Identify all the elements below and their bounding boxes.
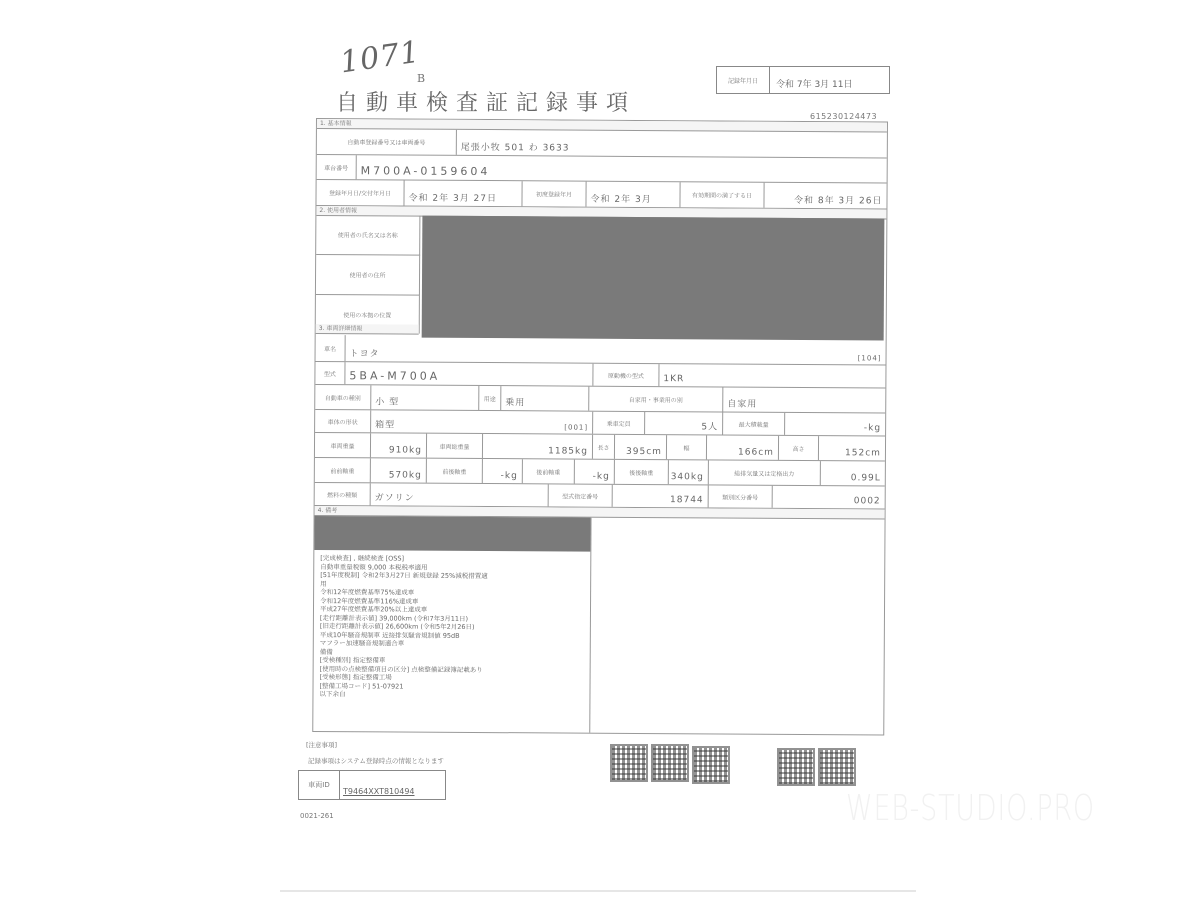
form-mark: B — [417, 72, 425, 85]
chassis-value: M700A-0159604 — [357, 155, 887, 182]
maker-row: 車名 トヨタ [104] — [316, 335, 886, 365]
watermark-text: WEB-STUDIO.PRO — [846, 788, 1095, 829]
axle-row: 前前軸重 570kg 前後軸重 -kg 後前軸重 -kg 後後軸重 340kg … — [315, 458, 885, 486]
capacity-label: 乗車定員 — [593, 412, 645, 434]
fuel-value: ガソリン — [371, 483, 549, 506]
section-vehicle-heading: 3. 車両詳細情報 — [316, 324, 419, 335]
body-shape-code: [001] — [525, 411, 593, 433]
bottom-divider — [280, 890, 916, 892]
qr-code-icon — [651, 744, 689, 782]
maker-value: トヨタ — [346, 335, 826, 364]
qr-code-icon — [777, 748, 815, 786]
vehicle-type-value: 小 型 — [371, 385, 479, 410]
ff-axle-value: 570kg — [371, 458, 427, 482]
document-number: 615230124473 — [810, 112, 877, 121]
weight-row: 車両重量 910kg 車両総重量 1185kg 長さ 395cm 幅 166cm… — [315, 433, 885, 461]
vehicle-id-label: 車両ID — [299, 771, 340, 799]
user-info-block: 使用者の氏名又は名称 使用者の住所 使用の本拠の位置 — [316, 215, 887, 337]
first-reg-value: 令和 2年 3月 27日 — [404, 181, 522, 207]
caution-heading: [注意事項] — [306, 740, 337, 749]
fuel-label: 燃料の種類 — [315, 483, 371, 505]
max-load-label: 最大積載量 — [723, 412, 785, 434]
scanned-document: 1071 B 自動車検査証記録事項 記録年月日 令和 7年 3月 11日 615… — [0, 0, 1200, 900]
user-name-label: 使用者の氏名又は名称 — [316, 215, 420, 256]
fr-axle-label: 前後軸重 — [427, 459, 483, 483]
chassis-row: 車台番号 M700A-0159604 — [317, 155, 887, 183]
vehicle-id-box: 車両ID T9464XXT810494 — [298, 770, 446, 800]
type-cert-label: 型式指定番号 — [549, 484, 613, 506]
registration-row: 自動車登録番号又は車両番号 尾張小牧 501 わ 3633 — [317, 129, 887, 158]
vehicle-id-value: T9464XXT810494 — [340, 771, 445, 799]
width-label: 幅 — [667, 435, 707, 459]
weight-label: 車両重量 — [315, 433, 371, 457]
fr-axle-value: -kg — [483, 459, 523, 483]
remarks-text: [完成検査] , 継続検査 [OSS] 自動車重量税額 9,000 本税税率適用… — [313, 550, 590, 704]
record-table: 1. 基本情報 自動車登録番号又は車両番号 尾張小牧 501 わ 3633 車台… — [312, 118, 888, 735]
rr-axle-value: 340kg — [669, 460, 709, 484]
remarks-panel: [完成検査] , 継続検査 [OSS] 自動車重量税額 9,000 本税税率適用… — [313, 516, 591, 733]
fuel-row: 燃料の種類 ガソリン 型式指定番号 18744 類別区分番号 0002 — [315, 483, 885, 509]
qr-code-icon — [610, 744, 648, 782]
first-reg-label: 登録年月日/交付年月日 — [316, 180, 404, 206]
dates-row: 登録年月日/交付年月日 令和 2年 3月 27日 初度登録年月 令和 2年 3月… — [316, 180, 886, 209]
gross-weight-label: 車両総重量 — [427, 434, 483, 458]
height-value: 152cm — [819, 436, 885, 460]
body-shape-label: 車体の形状 — [315, 410, 371, 432]
engine-label: 原動機の型式 — [593, 364, 659, 386]
expiry-value: 令和 8年 3月 26日 — [764, 183, 886, 209]
redacted-remarks-header — [314, 516, 590, 552]
maker-label: 車名 — [316, 335, 346, 361]
capacity-value: 5人 — [645, 412, 723, 434]
type-row: 自動車の種別 小 型 用途 乗用 自家用・事業用の別 自家用 — [315, 385, 885, 413]
model-label: 型式 — [315, 362, 345, 384]
first-year-value: 令和 2年 3月 — [586, 182, 680, 208]
expiry-label: 有効期間の満了する日 — [680, 182, 764, 208]
length-label: 長さ — [593, 435, 615, 459]
use-value: 乗用 — [501, 386, 589, 411]
chassis-label: 車台番号 — [317, 155, 357, 179]
rf-axle-label: 後前軸重 — [523, 459, 575, 483]
height-label: 高さ — [779, 436, 819, 460]
private-business-value: 自家用 — [723, 387, 885, 412]
displacement-label: 総排気量又は定格出力 — [709, 460, 821, 485]
category-label: 類別区分番号 — [709, 485, 773, 507]
model-value: 5BA-M700A — [345, 362, 593, 386]
document-title: 自動車検査証記録事項 — [336, 86, 636, 117]
body-row: 車体の形状 箱型 [001] 乗車定員 5人 最大積載量 -kg — [315, 410, 885, 436]
private-business-label: 自家用・事業用の別 — [589, 387, 723, 412]
rf-axle-value: -kg — [575, 460, 615, 484]
vehicle-type-label: 自動車の種別 — [315, 385, 371, 409]
redacted-user-info — [422, 216, 885, 341]
model-row: 型式 5BA-M700A 原動機の型式 1KR — [315, 362, 885, 388]
record-date-value: 令和 7年 3月 11日 — [770, 67, 889, 93]
maker-code: [104] — [826, 338, 886, 364]
registration-value: 尾張小牧 501 わ 3633 — [457, 130, 887, 158]
handwritten-number: 1071 — [338, 35, 422, 81]
engine-value: 1KR — [659, 364, 885, 387]
weight-value: 910kg — [371, 433, 427, 457]
ff-axle-label: 前前軸重 — [315, 458, 371, 482]
caution-text: 記録事項はシステム登録時点の情報となります — [308, 756, 444, 765]
first-year-label: 初度登録年月 — [522, 181, 586, 206]
gross-weight-value: 1185kg — [483, 434, 593, 459]
user-address-label: 使用者の住所 — [316, 255, 420, 296]
qr-code-icon — [818, 748, 856, 786]
displacement-value: 0.99L — [821, 461, 885, 485]
category-value: 0002 — [773, 486, 885, 509]
length-value: 395cm — [615, 435, 667, 459]
width-value: 166cm — [707, 435, 779, 459]
use-label: 用途 — [479, 386, 501, 410]
record-date-label: 記録年月日 — [717, 67, 770, 93]
max-load-value: -kg — [785, 413, 885, 436]
form-code: 0021-261 — [300, 812, 334, 820]
qr-code-icon — [692, 746, 730, 784]
registration-label: 自動車登録番号又は車両番号 — [317, 129, 457, 155]
rr-axle-label: 後後軸重 — [615, 460, 669, 484]
type-cert-value: 18744 — [613, 485, 709, 508]
record-date-box: 記録年月日 令和 7年 3月 11日 — [716, 66, 890, 94]
